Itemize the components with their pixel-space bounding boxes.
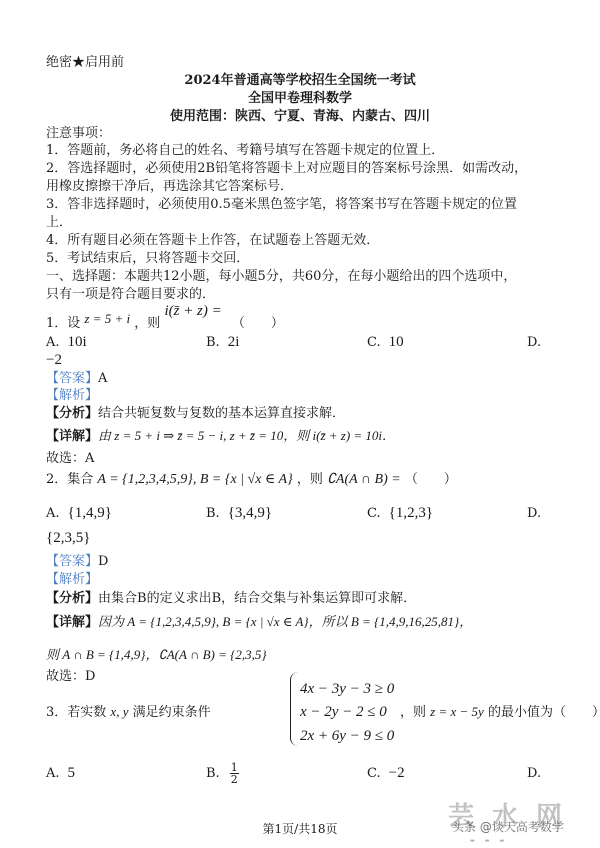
q2-option-d-label: D. [527, 505, 541, 522]
q1-prefix: 1．设 [46, 316, 80, 331]
watermark-decoration: ▬▬▬ [470, 838, 514, 844]
q2-choice: 故选：D [46, 668, 95, 685]
q1-option-b: B.2i [206, 334, 239, 351]
constraint-2: x − 2y − 2 ≤ 0 [300, 703, 387, 721]
note-item: 5．考试结束后，只将答题卡交回． [46, 250, 249, 267]
q2-xiangjie: 【详解】因为 A = {1,2,3,4,5,9}, B = {x | √x ∈ … [46, 613, 472, 631]
q3-option-d: D. [527, 765, 541, 782]
note-item: 2．答选择题时，必须使用2B铅笔将答题卡上对应题目的答案标号涂黑．如需改动， [46, 160, 527, 177]
q2-answer: 【答案】D [46, 553, 108, 570]
section-instruction: 一、选择题：本题共12小题，每小题5分，共60分，在每小题给出的四个选项中， [46, 268, 516, 285]
q1-paren: （ ） [232, 316, 284, 331]
exam-page: 绝密★启用前 2024年普通高等学校招生全国统一考试 全国甲卷理科数学 使用范围… [0, 0, 600, 848]
q1-expr: i(z̄ + z) = [164, 303, 221, 319]
question-1-stem: 1．设 z = 5 + i ，则 i(z̄ + z) = （ ） [46, 314, 284, 332]
q3-option-c: C.−2 [367, 765, 405, 782]
q2-fenxi: 【分析】由集合B的定义求出B，结合交集与补集运算即可求解． [46, 590, 416, 607]
note-item: 1．答题前，务必将自己的姓名、考籍号填写在答题卡规定的位置上． [46, 142, 444, 159]
question-3-tail: ，则 z = x − 5y 的最小值为（ ） [400, 703, 600, 721]
q1-option-d-value: −2 [46, 352, 62, 369]
q2-option-d-value: {2,3,5} [46, 530, 90, 547]
section-instruction-2: 只有一项是符合题目要求的． [46, 286, 215, 303]
constraint-brace [290, 672, 299, 746]
q2-analysis-tag: 【解析】 [46, 571, 98, 588]
q2-option-c: C.{1,2,3} [367, 505, 433, 522]
question-3-stem: 3．若实数 x, y 满足约束条件 [46, 703, 211, 721]
q2-xiangjie-2: 则 A ∩ B = {1,4,9}，∁A(A ∩ B) = {2,3,5} [46, 646, 267, 663]
q1-option-c: C.10 [367, 334, 404, 351]
secret-mark: 绝密★启用前 [46, 54, 124, 71]
notes-heading: 注意事项： [46, 125, 111, 142]
q1-option-d-label: D. [527, 334, 541, 351]
q2-option-b: B.{3,4,9} [206, 505, 272, 522]
q1-math: z = 5 + i [84, 311, 130, 326]
note-item: 4．所有题目必须在答题卡上作答，在试题卷上答题无效． [46, 232, 379, 249]
note-item: 用橡皮擦擦干净后，再选涂其它答案标号． [46, 178, 293, 195]
q1-analysis-tag: 【解析】 [46, 387, 98, 404]
exam-title: 2024年普通高等学校招生全国统一考试 [0, 72, 600, 89]
note-item: 上． [46, 214, 72, 231]
q2-option-a: A.{1,4,9} [46, 505, 112, 522]
q1-xiangjie: 【详解】由 z = 5 + i ⇒ z̄ = 5 − i, z + z̄ = 1… [46, 427, 395, 445]
exam-scope: 使用范围：陕西、宁夏、青海、内蒙古、四川 [0, 108, 600, 125]
constraint-1: 4x − 3y − 3 ≥ 0 [300, 680, 394, 698]
constraint-3: 2x + 6y − 9 ≤ 0 [300, 727, 394, 745]
note-item: 3．答非选择题时，必须使用0.5毫米黑色签字笔，将答案书写在答题卡规定的位置 [46, 196, 517, 213]
q3-option-b: B.12 [206, 762, 239, 785]
q1-choice: 故选：A [46, 450, 94, 467]
question-2-stem: 2．集合 A = {1,2,3,4,5,9}, B = {x | √x ∈ A}… [46, 471, 457, 488]
watermark-credit: 头条 @谈天高考数学 [452, 818, 564, 835]
exam-subtitle: 全国甲卷理科数学 [0, 90, 600, 107]
q1-mid: ，则 [134, 316, 160, 331]
q1-option-a: A.10i [46, 334, 87, 351]
q1-answer: 【答案】A [46, 370, 107, 387]
q3-option-a: A.5 [46, 765, 75, 782]
q1-fenxi: 【分析】结合共轭复数与复数的基本运算直接求解． [46, 405, 345, 422]
